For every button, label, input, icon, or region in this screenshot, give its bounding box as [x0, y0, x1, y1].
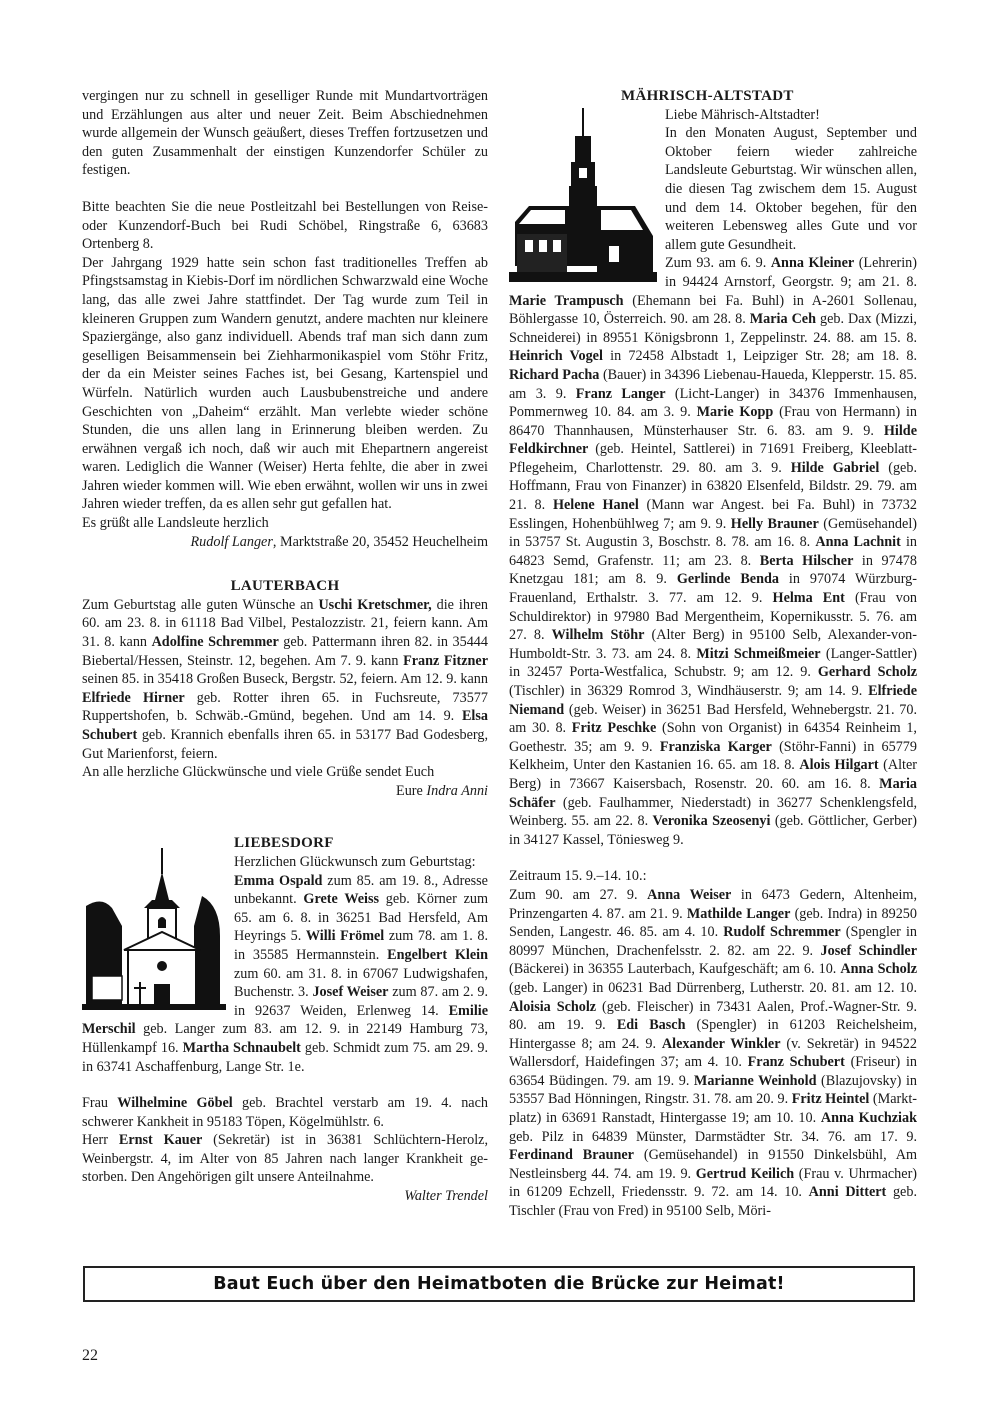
person-name: Gertrud Keilich — [696, 1166, 794, 1182]
town-hall-illustration — [509, 106, 661, 286]
person-name: Gerhard Scholz — [818, 664, 917, 680]
intro-greeting: Es grüßt alle Landsleute herzlich — [82, 514, 488, 533]
chapel-illustration — [82, 836, 230, 1012]
person-name: Hilde Gabriel — [791, 460, 880, 476]
person-name: Mathilde Langer — [687, 906, 790, 922]
person-name: Anna Lachnit — [815, 534, 901, 550]
person-name: Franz Schubert — [748, 1054, 845, 1070]
person-name: Jo­sef Schindler — [821, 943, 917, 959]
person-name: Anna Scholz — [840, 961, 917, 977]
person-name: Berta Hilscher — [760, 553, 854, 569]
person-name: Helma Ent — [773, 590, 845, 606]
signature-name: Rudolf Langer — [191, 534, 273, 550]
altstadt-birthdays-sep-oct: Zum 90. am 27. 9. Anna Weiser in 6473 Ge… — [509, 886, 917, 1221]
lauterbach-signature: Eure Indra Anni — [82, 782, 488, 801]
chapel-icon — [82, 836, 226, 1010]
person-name: Uschi Kretschmer, — [318, 597, 431, 613]
lauterbach-closing: An alle herzliche Glückwünsche und viele… — [82, 763, 488, 782]
person-name: Franz Fitzner — [403, 653, 488, 669]
section-heading-lauterbach: LAUTERBACH — [82, 577, 488, 596]
intro-paragraph-1: vergingen nur zu schnell in geselliger R… — [82, 87, 488, 180]
person-name: Wilhelm Stöhr — [552, 627, 645, 643]
intro-signature: Rudolf Langer, Marktstraße 20, 35452 Heu… — [82, 533, 488, 552]
person-name: Willi Frömel — [306, 928, 384, 944]
person-name: Martha Schnaubelt — [183, 1040, 301, 1056]
person-name: Aloisia Scholz — [509, 999, 596, 1015]
person-name: Anna Weiser — [647, 887, 731, 903]
obituary-1: Frau Wilhelmine Göbel geb. Brachtel vers… — [82, 1094, 488, 1131]
town-hall-icon — [509, 106, 657, 282]
person-name: Veronika Szeosenyi — [653, 813, 771, 829]
intro-paragraph-2: Bitte beachten Sie die neue Postleitzahl… — [82, 198, 488, 254]
person-name: Elfriede Hirner — [82, 690, 185, 706]
person-name: Edi Basch — [617, 1017, 686, 1033]
person-name: Helene Hanel — [553, 497, 639, 513]
person-name: Wilhelmine Göbel — [117, 1095, 232, 1111]
person-name: Alexander Winkler — [662, 1036, 781, 1052]
left-column: vergingen nur zu schnell in geselliger R… — [82, 87, 488, 1206]
liebesdorf-signature: Walter Trendel — [82, 1187, 488, 1206]
person-name: Franz Langer — [576, 386, 666, 402]
lauterbach-text: Zum Geburtstag alle guten Wünsche an Usc… — [82, 596, 488, 763]
person-name: Adolfine Schremmer — [152, 634, 279, 650]
person-name: Marianne Weinhold — [694, 1073, 817, 1089]
person-name: Helly Brauner — [731, 516, 819, 532]
page-number: 22 — [82, 1347, 98, 1365]
period-label: Zeitraum 15. 9.–14. 10.: — [509, 867, 917, 886]
slogan-banner: Baut Euch über den Heimatboten die Brück… — [83, 1266, 915, 1302]
person-name: Ernst Kauer — [119, 1132, 202, 1148]
person-name: Heinrich Vogel — [509, 348, 603, 364]
section-heading-maehrisch-altstadt: MÄHRISCH-ALTSTADT — [509, 87, 917, 106]
person-name: Anna Ku­chziak — [821, 1110, 917, 1126]
person-name: Fritz Heintel — [792, 1091, 870, 1107]
person-name: Gerlinde Benda — [677, 571, 779, 587]
person-name: Emma Ospald — [234, 873, 322, 889]
altstadt-birthdays-aug-sep: Zum 93. am 6. 9. Anna Kleiner (Lehre­rin… — [509, 254, 917, 849]
person-name: Rudolf Schremmer — [723, 924, 840, 940]
right-column: MÄHRISCH-ALTSTADT Liebe Mährisch-Altstad… — [509, 87, 917, 1221]
person-name: Mitzi Schmeißmeier — [696, 646, 820, 662]
person-name: Engelbert Klein — [387, 947, 488, 963]
person-name: Anni Dittert — [809, 1184, 887, 1200]
person-name: Josef Weiser — [312, 984, 388, 1000]
signature-address: , Marktstraße 20, 35452 Heuchelheim — [273, 534, 488, 550]
person-name: Ferdinand Brauner — [509, 1147, 634, 1163]
intro-paragraph-3: Der Jahrgang 1929 hatte sein schon fast … — [82, 254, 488, 514]
person-name: Grete Weiss — [303, 891, 379, 907]
person-name: Alois Hilgart — [799, 757, 878, 773]
person-name: Marie Trampusch — [509, 293, 624, 309]
person-name: Richard Pacha — [509, 367, 599, 383]
person-name: Franziska Karger — [660, 739, 772, 755]
person-name: Maria Ceh — [750, 311, 816, 327]
obituary-2: Herr Ernst Kauer (Sekretär) ist in 36381… — [82, 1131, 488, 1187]
person-name: Anna Kleiner — [771, 255, 854, 271]
person-name: Fritz Peschke — [572, 720, 656, 736]
person-name: Marie Kopp — [697, 404, 774, 420]
